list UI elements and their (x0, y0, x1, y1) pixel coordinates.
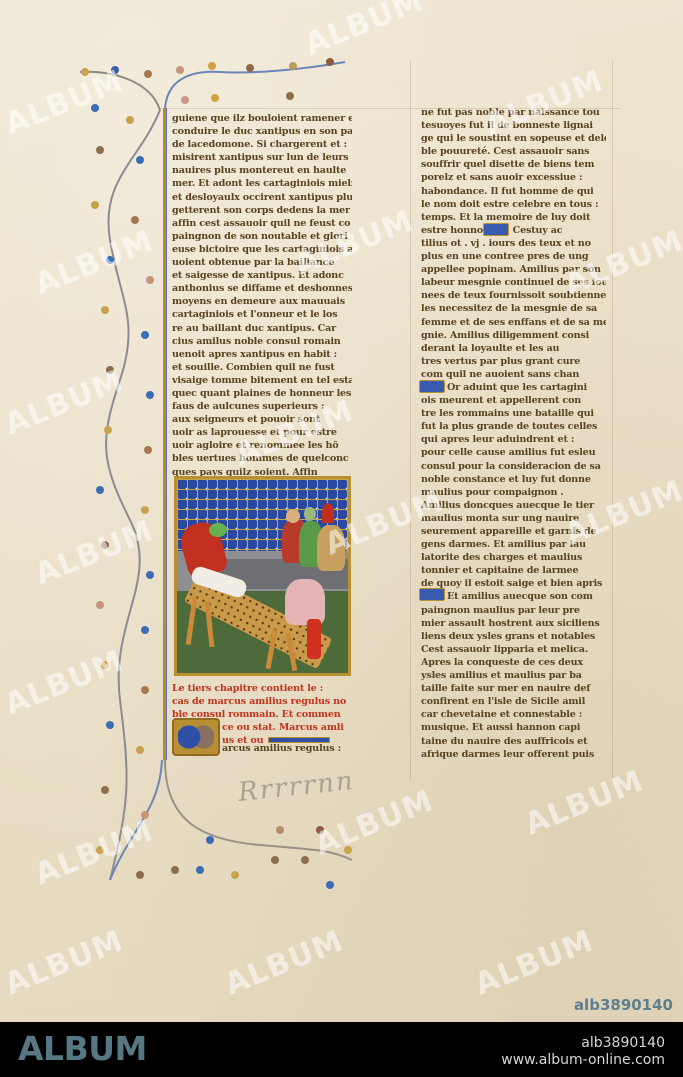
text-line: faus de aulcunes superieurs : (172, 400, 352, 413)
text-line: latorite des charges et maulius (421, 551, 606, 564)
text-line: affin cest assauoir quil ne feust co (172, 217, 352, 230)
text-line: Et amilius auecque son com (421, 590, 606, 603)
text-line: taine du nauire des auffricois et (421, 735, 606, 748)
small-initial-o (419, 380, 445, 393)
text-line: quec quant plaines de honneur les (172, 387, 352, 400)
text-line: liens deux ysles grans et notables (421, 630, 606, 643)
text-line: maulius pour compaignon . (421, 486, 606, 499)
text-line: arcus amilius regulus : (222, 742, 352, 755)
text-line: nees de teux fournissoit soubtiennement (421, 289, 606, 302)
red-hat (322, 503, 334, 523)
text-line: uoient obtenue par la baillance (172, 256, 352, 269)
text-line: ois meurent et appellerent con (421, 394, 606, 407)
figure-tan-robe (317, 525, 345, 571)
text-line: uoir agloire et renommee les hō (172, 439, 352, 452)
text-line: confirent en l'isle de Sicile amil (421, 695, 606, 708)
text-line: misirent xantipus sur lun de leurs (172, 151, 352, 164)
text-line: taille faite sur mer en nauire def (421, 682, 606, 695)
text-line: mier assault hostrent aux siciliens (421, 617, 606, 630)
text-line: paingnon de son noutable et glori (172, 230, 352, 243)
text-line: fut la plus grande de toutes celles (421, 420, 606, 433)
figure-executioner-right (285, 579, 325, 625)
green-hood (209, 523, 227, 537)
figure-head (304, 507, 316, 521)
text-line: plus en une contree pres de ung (421, 250, 606, 263)
text-line: labeur mesgnie continuel de ses iour (421, 276, 606, 289)
text-line: qui apres leur aduindrent et : (421, 433, 606, 446)
text-line: afrique darmes leur offerent puis (421, 748, 606, 761)
text-line: appellee popinam. Amilius par son (421, 263, 606, 276)
text-line: conduire le duc xantipus en son pais (172, 125, 352, 138)
text-line: de quoy il estoit saige et bien apris (421, 577, 606, 590)
text-line: souffrir quel disette de biens tem (421, 158, 606, 171)
text-line: musique. Et aussi hannon capi (421, 721, 606, 734)
text-line: car chevetaine et connestable : (421, 708, 606, 721)
text-line: uoir as laprouesse et pour estre (172, 426, 352, 439)
text-line: gens darmes. Et amilius par lau (421, 538, 606, 551)
small-initial-c (483, 223, 509, 236)
text-line: mer. Et adont les cartaginiois mielz (172, 177, 352, 190)
text-line: pour celle cause amilius fut esleu (421, 446, 606, 459)
rubric-line: Le tiers chapitre contient le : (172, 682, 352, 695)
text-line: paingnon maulius par leur pre (421, 604, 606, 617)
text-line: et desloyaulx occirent xantipus plus (172, 191, 352, 204)
figure-head (286, 509, 300, 523)
text-line: cartaginiois et l'onneur et le los (172, 308, 352, 321)
album-logo[interactable]: ALBUM (18, 1029, 147, 1068)
text-line: anthonius se diffame et deshonneste (172, 282, 352, 295)
text-line: de lacedomone. Si chargerent et : (172, 138, 352, 151)
right-text-column: ne fut pas noble par naissance tou tesuo… (421, 106, 606, 761)
illuminated-initial-m (172, 718, 220, 756)
text-line: femme et de ses enffans et de sa mes (421, 316, 606, 329)
image-id-stamp: alb3890140 (574, 996, 673, 1014)
text-line: tonnier et capitaine de larmee (421, 564, 606, 577)
text-line: et saigesse de xantipus. Et adonc (172, 269, 352, 282)
text-line: porelz et sans auoir excessiue : (421, 171, 606, 184)
footer-image-id: alb3890140 (581, 1035, 665, 1051)
miniature-illustration (174, 476, 351, 676)
rubric-line: cas de marcus amilius regulus no (172, 695, 352, 708)
red-hose (307, 619, 321, 659)
text-line: et souille. Combien quil ne fust (172, 361, 352, 374)
text-line: Or aduint que les cartagini (421, 381, 606, 394)
text-line: tre les rommains une bataille qui (421, 407, 606, 420)
text-line: gnie. Amilius diligemment consi (421, 329, 606, 342)
text-line: Amilius doncques auecque le tier (421, 499, 606, 512)
text-line: noble constance et luy fut donne (421, 473, 606, 486)
text-line: tilius ot . vj . iours des teux et no (421, 237, 606, 250)
text-line: Cest assauoir lipparia et melica. (421, 643, 606, 656)
border-stem-blue (166, 108, 167, 760)
chapter-first-line: arcus amilius regulus : (222, 742, 352, 755)
text-line: re au baillant duc xantipus. Car (172, 322, 352, 335)
footer-bar: ALBUM alb3890140 www.album-online.com (0, 1022, 683, 1077)
text-line: ne fut pas noble par naissance tou (421, 106, 606, 119)
text-line: getterent son corps dedens la mer : (172, 204, 352, 217)
text-line: ble pouureté. Cest assauoir sans (421, 145, 606, 158)
manuscript-page: guiene que ilz bouloient ramener et cond… (0, 0, 683, 1022)
text-line: nauires plus montereut en haulte (172, 164, 352, 177)
text-line: temps. Et la memoire de luy doit (421, 211, 606, 224)
text-line: tres vertus par plus grant cure (421, 355, 606, 368)
text-line: habondance. Il fut homme de qui (421, 185, 606, 198)
text-line: seurement appareille et garnis de (421, 525, 606, 538)
text-line: Apres la conqueste de ces deux (421, 656, 606, 669)
text-line: ysles amilius et maulius par ba (421, 669, 606, 682)
text-line: tesuoyes fut il de bonneste lignai (421, 119, 606, 132)
text-line: maulius monta sur ung nauire (421, 512, 606, 525)
text-line: moyens en demeure aux mauuais (172, 295, 352, 308)
footer-website-link[interactable]: www.album-online.com (501, 1052, 665, 1068)
text-line: ge qui le soustint en sopeuse et delecta (421, 132, 606, 145)
left-text-column: guiene que ilz bouloient ramener et cond… (172, 112, 352, 479)
text-line: guiene que ilz bouloient ramener et (172, 112, 352, 125)
text-line: estre honnouree. Cestuy ac (421, 224, 606, 237)
text-line: visaige tomme bitement en tel estat (172, 374, 352, 387)
text-line: bles uertues hommes de quelconc (172, 452, 352, 465)
text-line: uenoit apres xantipus en habit : (172, 348, 352, 361)
small-initial-e (419, 588, 445, 601)
text-line: cius amilus noble consul romain (172, 335, 352, 348)
text-line: le nom doit estre celebre en tous : (421, 198, 606, 211)
text-line: consul pour la consideracion de sa (421, 460, 606, 473)
text-line: euse bictoire que les cartaginiois a (172, 243, 352, 256)
text-line: com quil ne auoient sans chan (421, 368, 606, 381)
text-line: derant la loyaulte et les au (421, 342, 606, 355)
text-line: aux seigneurs et pouoir sont (172, 413, 352, 426)
text-line: les necessitez de la mesgnie de sa (421, 302, 606, 315)
